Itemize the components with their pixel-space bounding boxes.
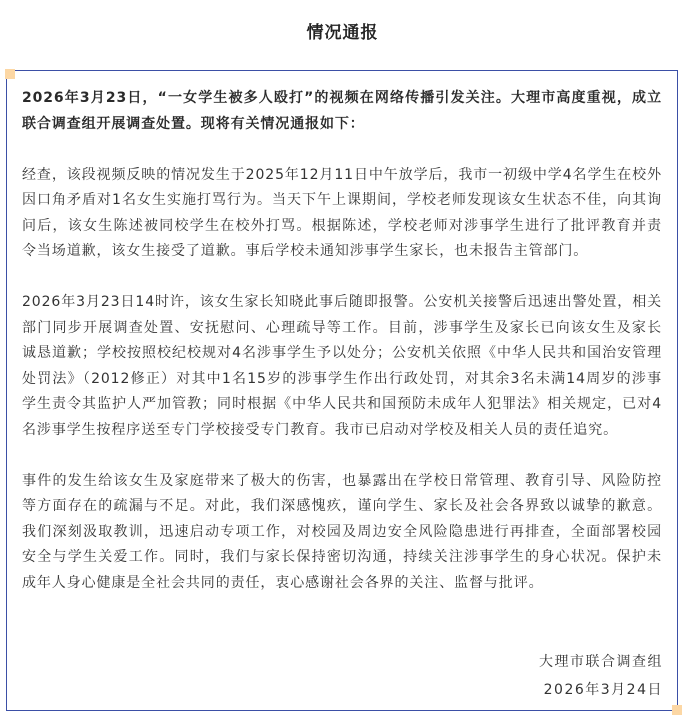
notice-title: 情况通报 [0,18,685,43]
signature-block: 大理市联合调查组 2026年3月24日 [539,648,663,704]
issue-date: 2026年3月24日 [539,676,663,704]
apology-paragraph: 事件的发生给该女生及家庭带来了极大的伤害，也暴露出在学校日常管理、教育引导、风险… [22,469,662,597]
notice-body: 2026年3月23日，“一女学生被多人殴打”的视频在网络传播引发关注。大理市高度… [22,86,662,622]
intro-paragraph: 2026年3月23日，“一女学生被多人殴打”的视频在网络传播引发关注。大理市高度… [22,86,662,137]
findings-paragraph: 经查，该段视频反映的情况发生于2025年12月11日中午放学后，我市一初级中学4… [22,163,662,265]
issuer-name: 大理市联合调查组 [539,648,663,676]
corner-accent-top-left [5,69,15,79]
corner-accent-bottom-right [672,705,682,715]
handling-paragraph: 2026年3月23日14时许，该女生家长知晓此事后随即报警。公安机关接警后迅速出… [22,290,662,443]
